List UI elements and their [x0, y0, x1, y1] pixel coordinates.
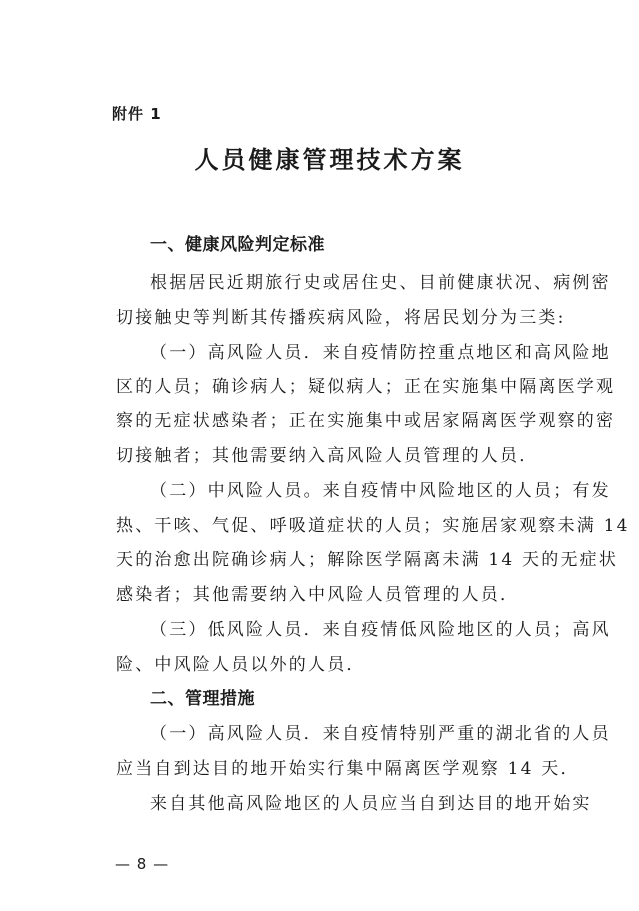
- section-heading-1: 一、健康风险判定标准: [150, 230, 325, 255]
- paragraph-line: 根据居民近期旅行史或居住史、目前健康状况、病例密: [150, 268, 611, 293]
- paragraph-line: 感染者；其他需要纳入中风险人员管理的人员．: [116, 580, 519, 605]
- paragraph-line: （一）高风险人员．来自疫情特别严重的湖北省的人员: [150, 719, 611, 744]
- paragraph-line: 区的人员；确诊病人；疑似病人；正在实施集中隔离医学观: [116, 372, 615, 397]
- paragraph-line: （一）高风险人员．来自疫情防控重点地区和高风险地: [150, 338, 611, 363]
- paragraph-line: 切接触者；其他需要纳入高风险人员管理的人员．: [116, 441, 538, 466]
- paragraph-line: （三）低风险人员．来自疫情低风险地区的人员；高风: [150, 615, 611, 640]
- page-number: — 8 —: [115, 855, 169, 873]
- paragraph-line: 应当自到达目的地开始实行集中隔离医学观察 14 天．: [116, 754, 580, 779]
- paragraph-line: 察的无症状感染者；正在实施集中或居家隔离医学观察的密: [116, 406, 615, 431]
- attachment-label: 附件 1: [112, 103, 162, 124]
- paragraph-line: （二）中风险人员。来自疫情中风险地区的人员；有发: [150, 476, 611, 501]
- document-title: 人员健康管理技术方案: [0, 140, 639, 175]
- paragraph-line: 天的治愈出院确诊病人；解除医学隔离未满 14 天的无症状: [116, 545, 618, 570]
- section-heading-2: 二、管理措施: [150, 684, 255, 709]
- paragraph-line: 来自其他高风险地区的人员应当自到达目的地开始实: [150, 789, 592, 814]
- paragraph-line: 切接触史等判断其传播疾病风险，将居民划分为三类:: [116, 303, 566, 328]
- paragraph-line: 热、干咳、气促、呼吸道症状的人员；实施居家观察未满 14: [116, 511, 630, 536]
- paragraph-line: 险、中风险人员以外的人员．: [116, 650, 366, 675]
